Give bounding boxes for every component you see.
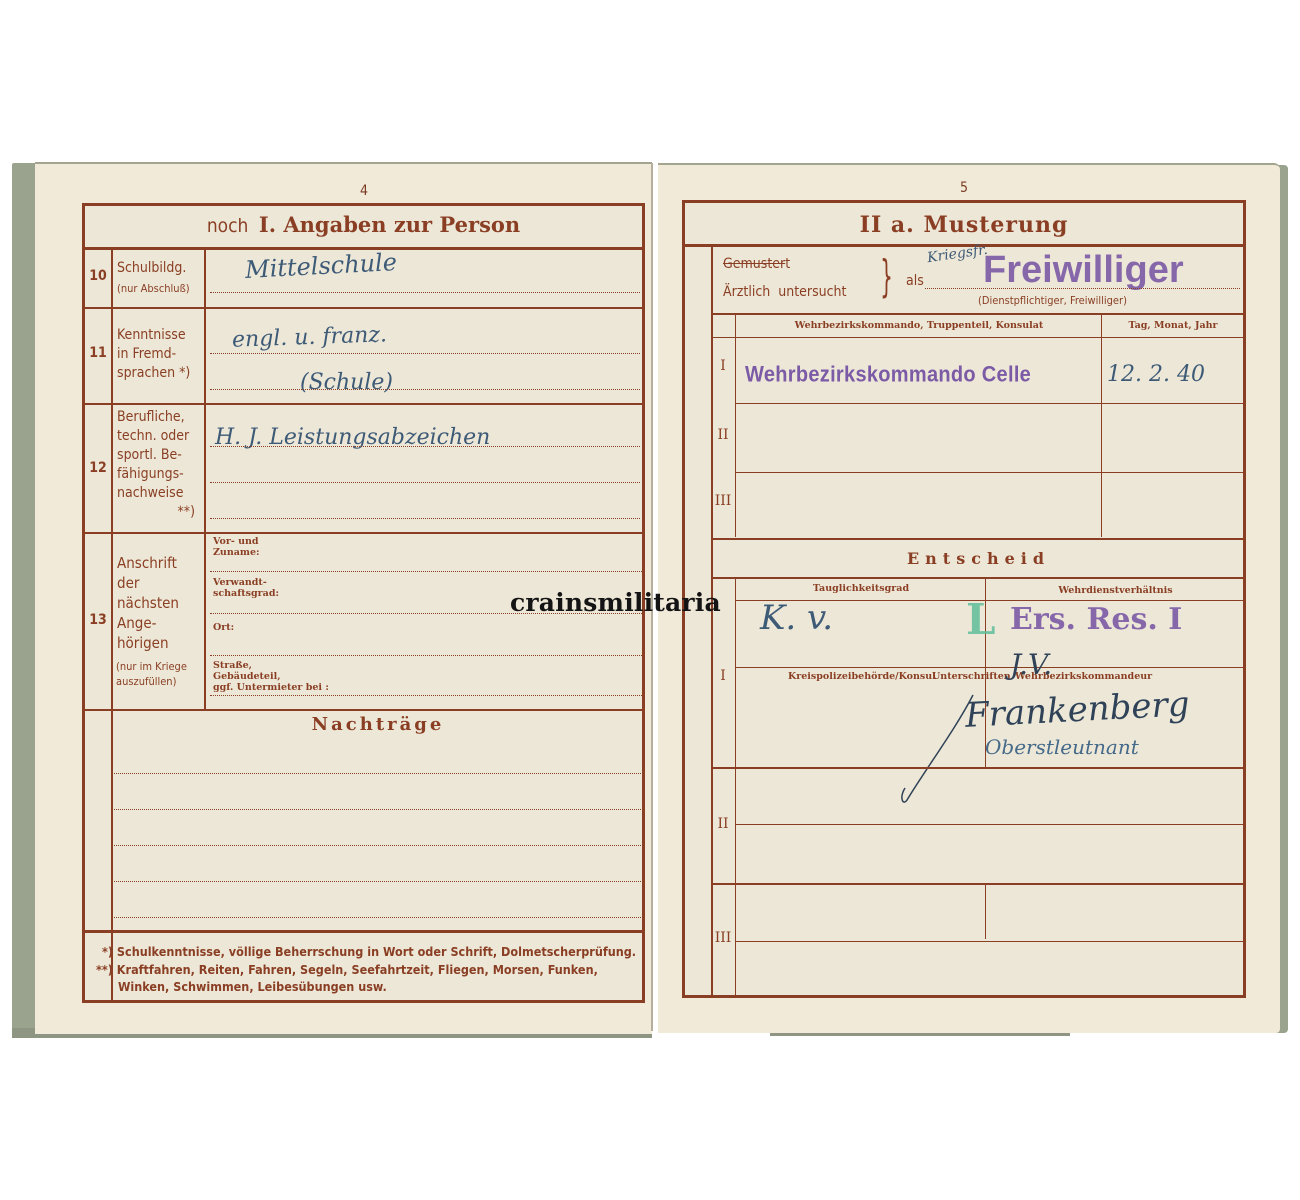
page-number-right: 5 — [944, 180, 984, 196]
watermark: crainsmilitaria — [510, 588, 721, 617]
divider — [84, 532, 643, 534]
divider — [736, 403, 1244, 404]
row-label: Kenntnisse in Fremd- sprachen *) — [117, 326, 190, 383]
dotted-line — [210, 518, 640, 519]
label-line: ggf. Untermieter bei : — [213, 682, 329, 693]
dotted-line — [925, 288, 1240, 289]
struck-text: Gemuster — [723, 256, 785, 272]
section-prefix: noch — [207, 215, 249, 237]
col-header-signatures: Unterschriften — [932, 671, 1011, 682]
dotted-line — [210, 292, 640, 293]
row-number: 11 — [85, 345, 111, 361]
handwritten-fitness-grade: K. v. — [760, 598, 833, 638]
note-line: auszufüllen) — [116, 674, 187, 689]
section-title-right: II a. Musterung — [685, 212, 1243, 238]
label-line: Vor- und — [213, 536, 260, 547]
field-label-street: Straße, Gebäudeteil, ggf. Untermieter be… — [213, 660, 329, 693]
col-header-grade: Tauglichkeitsgrad — [737, 583, 985, 594]
label-line: schaftsgrad: — [213, 588, 279, 599]
label-line: in Fremd- — [117, 345, 190, 364]
als-hint: (Dienstpflichtiger, Freiwilliger) — [978, 291, 1127, 310]
row-roman: I — [712, 668, 734, 684]
text-tail: t — [785, 256, 790, 272]
divider — [713, 883, 1244, 885]
divider — [736, 667, 1244, 668]
row-roman: II — [712, 816, 734, 832]
divider — [84, 307, 643, 309]
aerztlich-label: Ärztlich untersucht — [723, 283, 846, 302]
row-roman: III — [712, 930, 734, 946]
field-label-name: Vor- und Zuname: — [213, 536, 260, 558]
dotted-line — [114, 773, 641, 774]
label-line: techn. oder — [117, 427, 195, 446]
label-line: Anschrift — [117, 553, 179, 573]
dotted-line — [114, 917, 641, 918]
footnote-2: **) Kraftfahren, Reiten, Fahren, Segeln,… — [96, 961, 598, 978]
row-number: 10 — [85, 268, 111, 284]
page-number-left: 4 — [344, 183, 384, 199]
handwritten-languages-note: (Schule) — [300, 370, 393, 395]
label-line: Gebäudeteil, — [213, 671, 329, 682]
divider — [713, 538, 1244, 540]
label-line: fähigungs- — [117, 465, 195, 484]
field-label-relation: Verwandt- schaftsgrad: — [213, 577, 279, 599]
dotted-line — [210, 571, 642, 572]
label-line: nächsten — [117, 593, 179, 613]
label-line: Berufliche, — [117, 408, 195, 427]
addenda-title: Nachträge — [113, 714, 643, 735]
gemustert-label: Gemustert — [723, 255, 790, 274]
section-header-left: noch I. Angaben zur Person — [85, 212, 642, 237]
label-line: Zuname: — [213, 547, 260, 558]
divider — [735, 579, 736, 996]
col-header-date: Tag, Monat, Jahr — [1103, 320, 1243, 331]
divider — [713, 337, 1244, 338]
divider — [736, 941, 1244, 942]
divider — [713, 577, 1244, 579]
dotted-line — [114, 845, 641, 846]
label-line: hörigen — [117, 633, 179, 653]
note-line: (nur im Kriege — [116, 659, 187, 674]
label-line: **) — [117, 503, 195, 522]
section-title: I. Angaben zur Person — [259, 212, 520, 237]
signature-rank: Oberstleutnant — [985, 735, 1139, 759]
label-line: sportl. Be- — [117, 446, 195, 465]
row-label: Schulbildg. — [117, 259, 186, 278]
dotted-line — [210, 655, 642, 656]
als-label: als — [906, 272, 924, 291]
divider — [204, 249, 206, 710]
divider — [84, 930, 643, 933]
row-roman: I — [712, 358, 734, 374]
divider — [84, 403, 643, 405]
footnote-1: *) Schulkenntnisse, völlige Beherrschung… — [102, 943, 636, 960]
row-roman: III — [712, 493, 734, 509]
stamp-green-mark: L — [966, 595, 996, 644]
brace-icon: } — [880, 252, 893, 302]
dotted-line — [210, 353, 640, 354]
dotted-line — [210, 389, 640, 390]
divider — [1101, 315, 1102, 537]
divider — [111, 249, 113, 1001]
divider — [84, 709, 643, 711]
stamp-wehrbezirkskommando: Wehrbezirkskommando Celle — [745, 363, 1031, 388]
signature-flourish — [895, 690, 985, 805]
label-line: der — [117, 573, 179, 593]
divider — [985, 884, 986, 939]
field-label-place: Ort: — [213, 622, 234, 633]
row-label: Anschrift der nächsten Ange- hörigen — [117, 553, 179, 653]
row-note: (nur im Kriege auszufüllen) — [116, 659, 187, 689]
entscheid-title: Entscheid — [713, 549, 1244, 568]
col-header-police: Kreispolizeibehörde/Konsul — [788, 671, 936, 682]
divider — [736, 472, 1244, 473]
divider — [713, 313, 1244, 315]
col-header-relation: Wehrdienstverhältnis — [987, 585, 1244, 596]
row-number: 12 — [85, 460, 111, 476]
footnote-2-cont: Winken, Schwimmen, Leibesübungen usw. — [118, 978, 387, 995]
divider — [735, 315, 736, 537]
col-header-office: Wehrbezirkskommando, Truppenteil, Konsul… — [737, 320, 1101, 331]
divider — [713, 767, 1244, 769]
dotted-line — [114, 809, 641, 810]
dotted-line — [210, 695, 642, 696]
dotted-line — [210, 446, 640, 447]
divider — [736, 824, 1244, 825]
dotted-line — [114, 881, 641, 882]
stamp-ersatz-reserve: Ers. Res. I — [1010, 602, 1182, 637]
row-number: 13 — [85, 612, 111, 628]
label-line: Straße, — [213, 660, 329, 671]
row-label: Berufliche, techn. oder sportl. Be- fähi… — [117, 408, 195, 522]
label-line: Kenntnisse — [117, 326, 190, 345]
handwritten-date: 12. 2. 40 — [1107, 362, 1205, 387]
row-roman: II — [712, 427, 734, 443]
label-line: sprachen *) — [117, 364, 190, 383]
stamp-freiwilliger: Freiwilliger — [983, 248, 1184, 292]
label-line: nachweise — [117, 484, 195, 503]
dotted-line — [210, 482, 640, 483]
label-line: Ange- — [117, 613, 179, 633]
label-line: Verwandt- — [213, 577, 279, 588]
row-sublabel: (nur Abschluß) — [117, 279, 190, 298]
signature-initials: J.V. — [1010, 648, 1052, 681]
